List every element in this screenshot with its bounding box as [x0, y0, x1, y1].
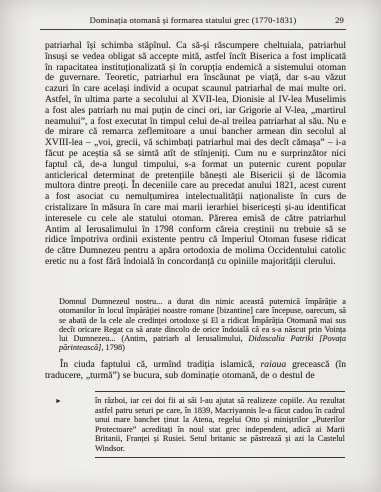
paragraph-second-start: În ciuda faptului că, urmînd tradiția is… — [60, 359, 261, 370]
footnote-continuation-arrow-icon: ► — [55, 397, 62, 406]
footnote-block: în război, iar cei doi fii ai săi l-au a… — [95, 391, 345, 458]
quote-citation-tail: , 1798) — [101, 343, 125, 352]
page-number: 29 — [335, 15, 344, 26]
running-title: Dominația otomană și formarea statului g… — [90, 15, 297, 25]
paragraph-second-italic-term: raiaua — [261, 359, 287, 370]
header-rule — [40, 29, 346, 30]
quotation-block: Domnul Dumnezeul nostru... a durat din n… — [59, 297, 346, 353]
page-header: Dominația otomană și formarea statului g… — [40, 15, 346, 26]
book-page: Dominația otomană și formarea statului g… — [0, 0, 381, 492]
paragraph-main: patriarhal își schimba stăpînul. Ca să-ș… — [45, 41, 346, 268]
paragraph-second: În ciuda faptului că, urmînd tradiția is… — [45, 360, 346, 382]
footnote-text: în război, iar cei doi fii ai săi l-au a… — [95, 396, 345, 453]
